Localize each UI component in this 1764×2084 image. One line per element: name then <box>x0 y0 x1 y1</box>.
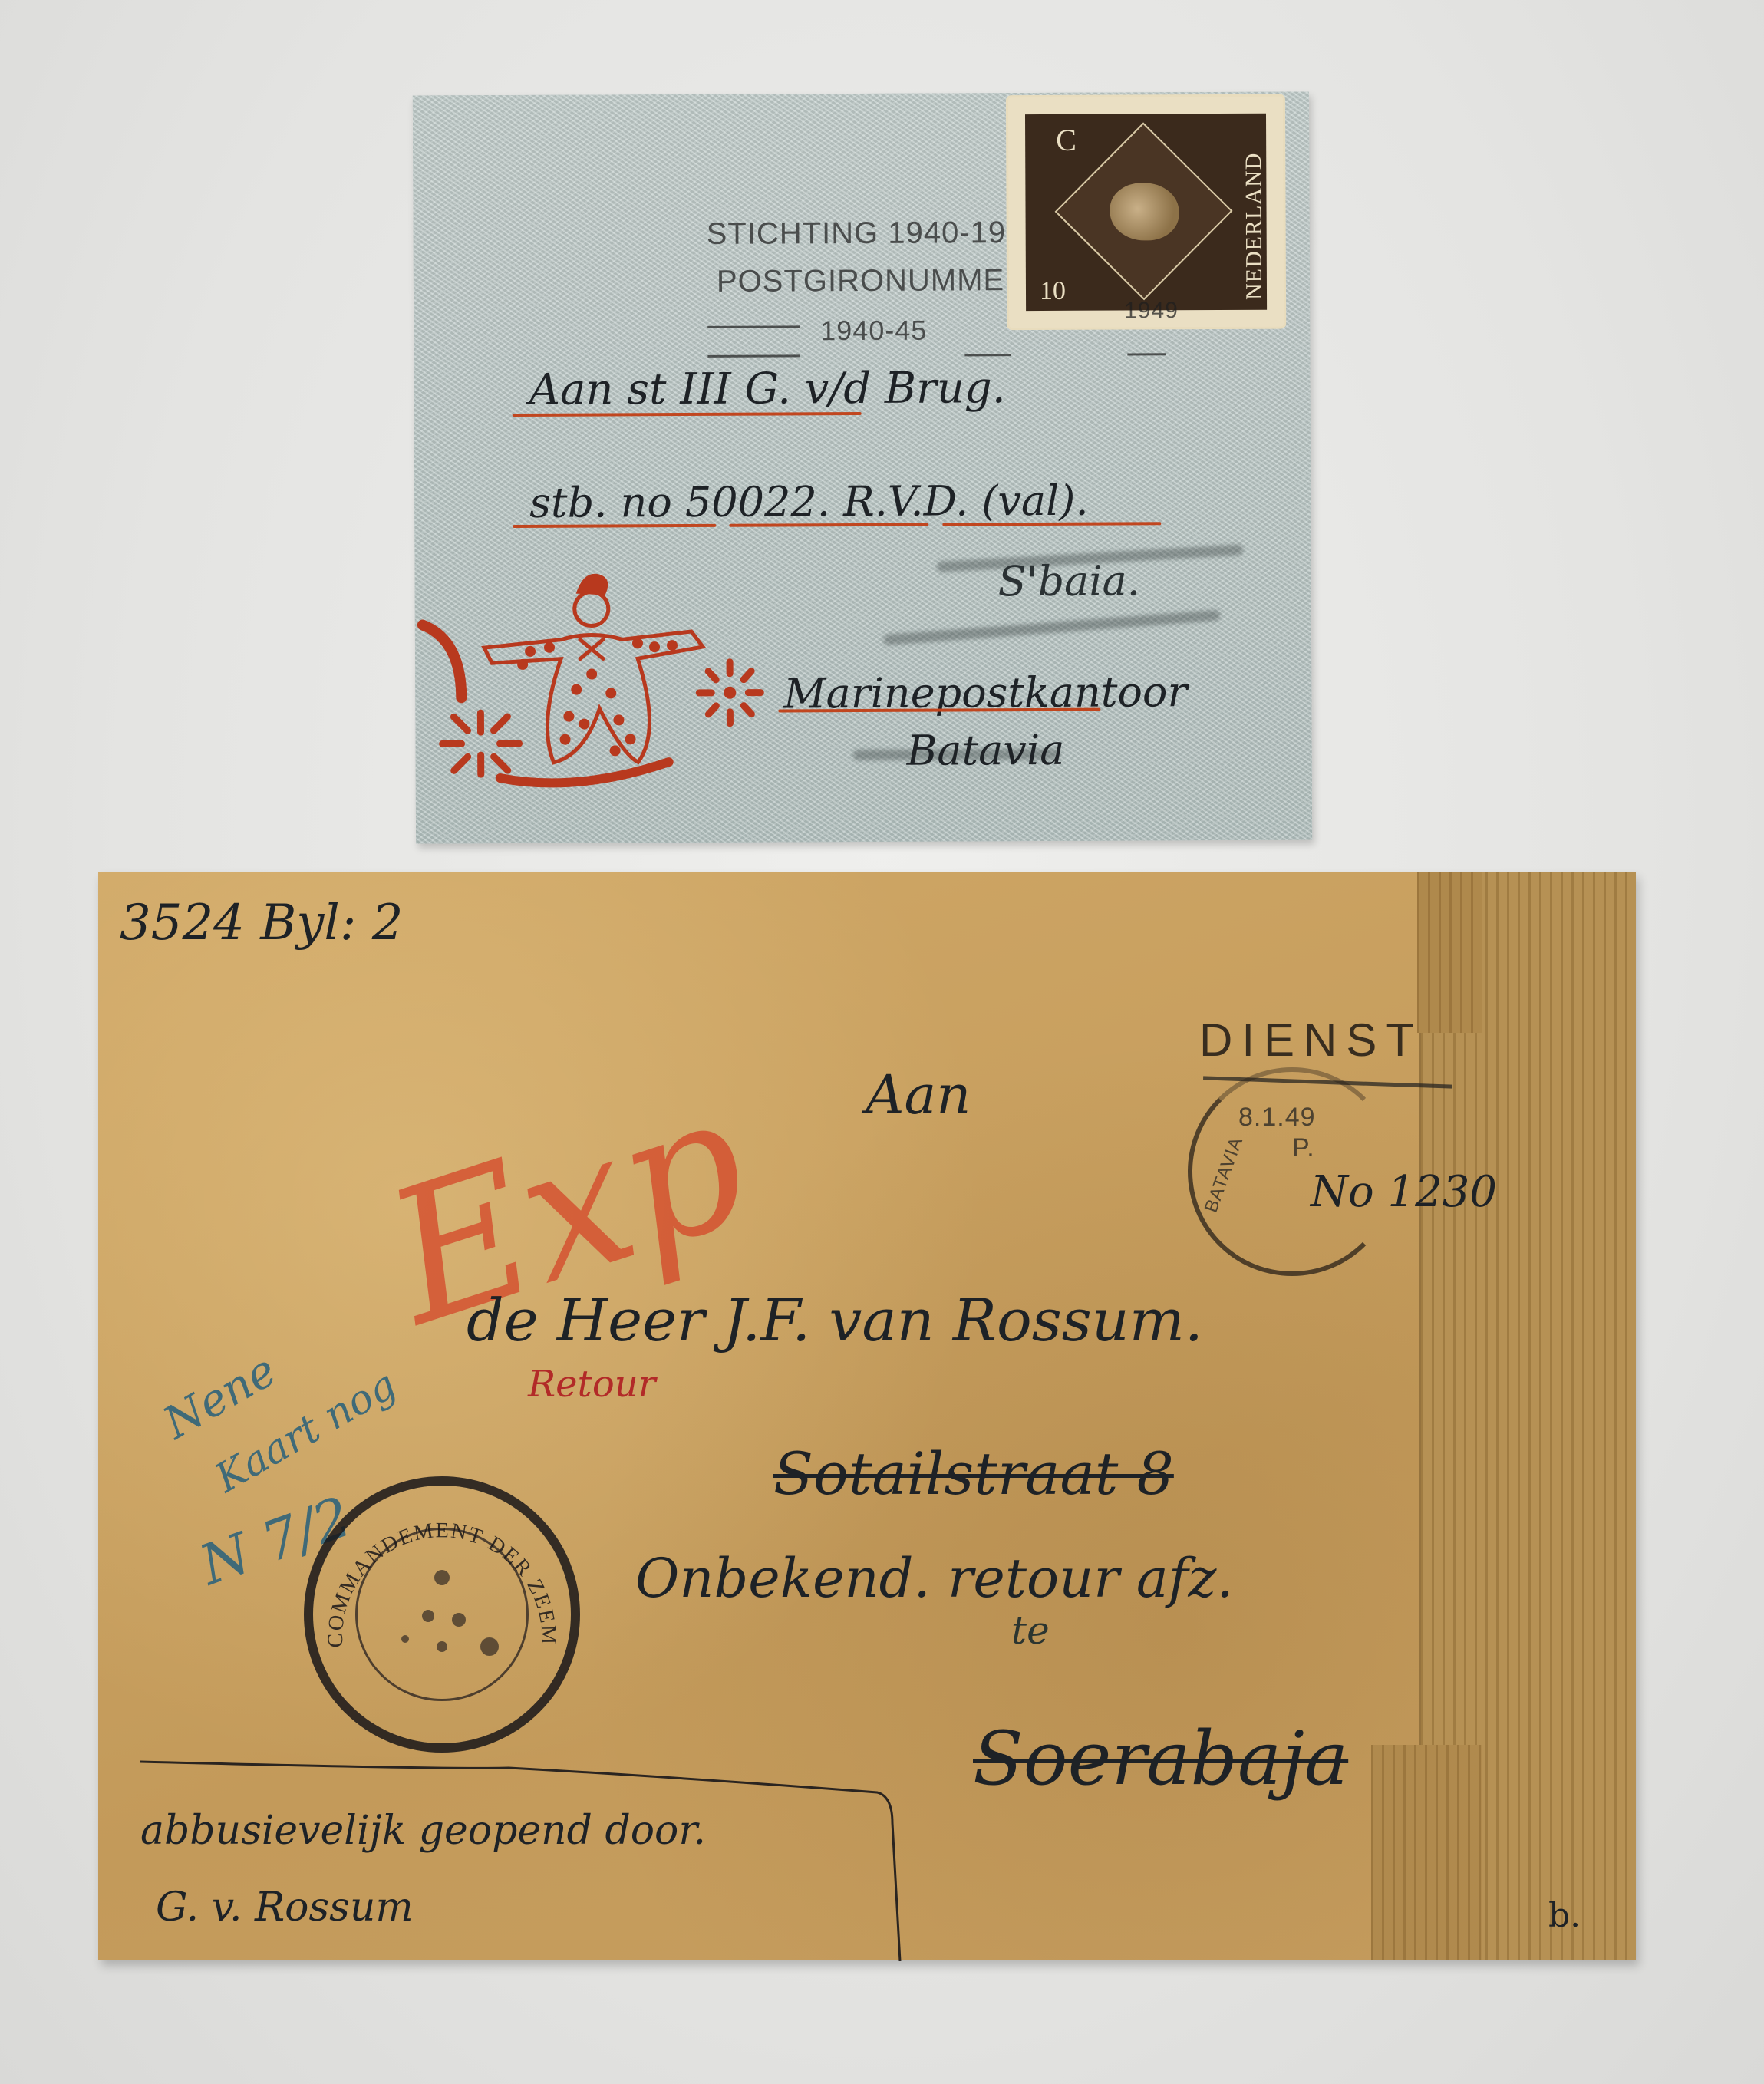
postmark-date: 8.1.49 <box>1238 1103 1316 1133</box>
stamp-frame: C 10 NEDERLAND <box>1025 114 1267 311</box>
address-line-3: S'baia. <box>998 556 1141 605</box>
dienst-stamp: DIENST <box>1199 1014 1423 1067</box>
tape-strip-bottom <box>1371 1745 1482 1960</box>
stamp-value: 10 <box>1040 277 1066 306</box>
address-line-2: stb. no 50022. R.V.D. (val). <box>529 476 1089 527</box>
navy-seal-stamp: COMMANDEMENT DER ZEEMACHT <box>304 1476 580 1753</box>
tape-strip-top <box>1417 872 1482 1033</box>
underline <box>513 524 716 528</box>
cancel-line-3: 1940-45 <box>820 315 927 348</box>
address-salutation: Aan <box>866 1063 971 1126</box>
postmark-city: BATAVIA <box>1201 1134 1248 1215</box>
clown-illustration-icon <box>407 531 776 809</box>
underline <box>513 412 862 417</box>
postmark-extra: P. <box>1292 1133 1315 1163</box>
queen-portrait-icon <box>1110 183 1179 240</box>
addressee-name: de Heer J.F. van Rossum. <box>467 1286 1203 1354</box>
crossed-street: Sotailstraat 8 <box>773 1439 1174 1508</box>
cancel-bar <box>1127 353 1166 355</box>
return-note-te: te <box>1011 1608 1050 1653</box>
underline <box>729 523 928 527</box>
retour-note: Retour <box>528 1363 656 1406</box>
stamp-currency: C <box>1056 122 1077 158</box>
blue-envelope: STICHTING 1940-19 POSTGIRONUMME 1940-45 … <box>413 91 1312 843</box>
cancel-year: 1949 <box>1124 298 1179 324</box>
stamp-country: NEDERLAND <box>1241 119 1268 334</box>
svg-text:COMMANDEMENT DER ZEEMACHT: COMMANDEMENT DER ZEEMACHT <box>313 1486 560 1648</box>
cancel-bar <box>707 325 800 328</box>
cancel-line-2: POSTGIRONUMME <box>717 263 1004 299</box>
opened-note-line-1: abbusievelijk geopend door. <box>140 1808 706 1854</box>
brown-envelope: 3524 Byl: 2 DIENST 8.1.49 P. BATAVIA No … <box>98 872 1636 1960</box>
opened-note-line-2: G. v. Rossum <box>156 1885 414 1931</box>
crossed-city: Soerabaja <box>973 1716 1348 1802</box>
address-line-1: Aan st III G. v/d Brug. <box>529 363 1005 415</box>
postage-stamp: C 10 NEDERLAND 1949 <box>1008 97 1284 328</box>
seal-emblem-icon: COMMANDEMENT DER ZEEMACHT <box>313 1486 571 1743</box>
pencil-strike <box>883 610 1221 646</box>
unknown-return-note: Onbekend. retour afz. <box>635 1547 1234 1610</box>
cancel-bar <box>707 354 800 358</box>
cancel-bar <box>964 354 1011 356</box>
cancel-line-1: STICHTING 1940-19 <box>707 216 1007 252</box>
seal-text: COMMANDEMENT DER ZEEMACHT <box>313 1486 560 1648</box>
underline <box>942 522 1161 526</box>
archive-note: 3524 Byl: 2 <box>120 895 404 951</box>
page-marker: b. <box>1548 1896 1581 1935</box>
address-line-5: Batavia <box>906 726 1064 775</box>
number-note: No 1230 <box>1311 1167 1497 1217</box>
